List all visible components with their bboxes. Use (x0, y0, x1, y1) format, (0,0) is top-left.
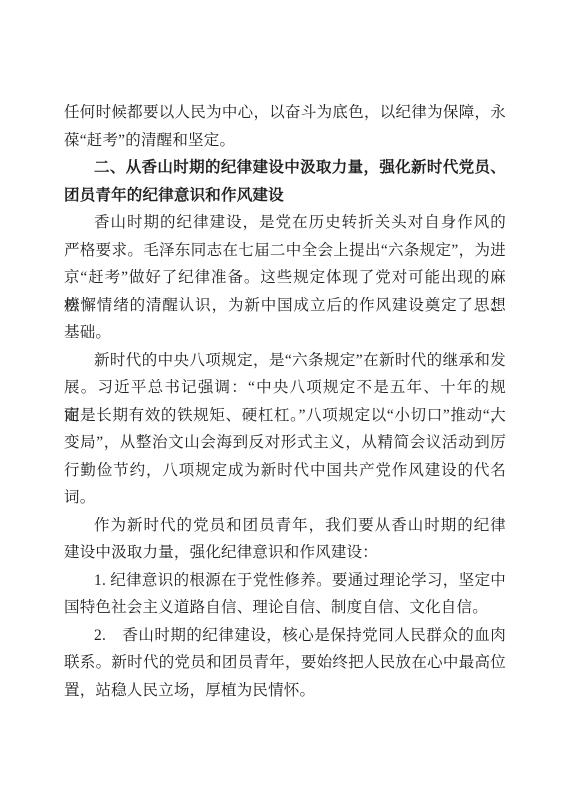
paragraph: 新时代的中央八项规定，是“六条规定”在新时代的继承和发 展。习近平总书记强调：“… (64, 347, 506, 512)
text-line: 词。 (64, 484, 506, 512)
text-line: 葆“赶考”的清醒和坚定。 (64, 127, 506, 155)
text-line: 国特色社会主义道路自信、理论自信、制度自信、文化自信。 (64, 594, 506, 622)
text-line: 置，站稳人民立场，厚植为民情怀。 (64, 677, 506, 705)
list-item-1: 1. 纪律意识的根源在于党性修养。要通过理论学习，坚定中 国特色社会主义道路自信… (64, 567, 506, 622)
text-line: 建设中汲取力量，强化纪律意识和作风建设： (64, 539, 506, 567)
list-item-2: 2. 香山时期的纪律建设，核心是保持党同人民群众的血肉 联系。新时代的党员和团员… (64, 622, 506, 705)
text-line: 新时代的中央八项规定，是“六条规定”在新时代的继承和发 (64, 347, 506, 375)
section-heading: 二、从香山时期的纪律建设中汲取力量，强化新时代党员、 团员青年的纪律意识和作风建… (64, 154, 506, 209)
text-line: 2. 香山时期的纪律建设，核心是保持党同人民群众的血肉 (64, 622, 506, 650)
text-line: 严格要求。毛泽东同志在七届二中全会上提出“六条规定”，为进 (64, 237, 506, 265)
document-text-block: 任何时候都要以人民为中心，以奋斗为底色，以纪律为保障，永 葆“赶考”的清醒和坚定… (64, 99, 506, 704)
text-line: 任何时候都要以人民为中心，以奋斗为底色，以纪律为保障，永 (64, 99, 506, 127)
paragraph: 香山时期的纪律建设，是党在历史转折关头对自身作风的 严格要求。毛泽东同志在七届二… (64, 209, 506, 347)
text-line: 联系。新时代的党员和团员青年，要始终把人民放在心中最高位 (64, 649, 506, 677)
text-line: 变局”，从整治文山会海到反对形式主义，从精简会议活动到厉 (64, 429, 506, 457)
text-line: 作为新时代的党员和团员青年，我们要从香山时期的纪律 (64, 512, 506, 540)
text-line: 1. 纪律意识的根源在于党性修养。要通过理论学习，坚定中 (64, 567, 506, 595)
text-line: 香山时期的纪律建设，是党在历史转折关头对自身作风的 (64, 209, 506, 237)
text-line: 京“赶考”做好了纪律准备。这些规定体现了党对可能出现的麻痹、 (64, 264, 506, 292)
text-line: 松懈情绪的清醒认识，为新中国成立后的作风建设奠定了思想 (64, 292, 506, 320)
paragraph: 作为新时代的党员和团员青年，我们要从香山时期的纪律 建设中汲取力量，强化纪律意识… (64, 512, 506, 567)
document-page: 任何时候都要以人民为中心，以奋斗为底色，以纪律为保障，永 葆“赶考”的清醒和坚定… (0, 0, 570, 807)
text-line: 基础。 (64, 319, 506, 347)
heading-line: 团员青年的纪律意识和作风建设 (64, 182, 506, 210)
paragraph: 任何时候都要以人民为中心，以奋斗为底色，以纪律为保障，永 葆“赶考”的清醒和坚定… (64, 99, 506, 154)
text-line: 行勤俭节约，八项规定成为新时代中国共产党作风建设的代名 (64, 457, 506, 485)
text-line: 而是长期有效的铁规矩、硬杠杠。”八项规定以“小切口”推动“大 (64, 402, 506, 430)
heading-line: 二、从香山时期的纪律建设中汲取力量，强化新时代党员、 (64, 154, 506, 182)
text-line: 展。习近平总书记强调：“中央八项规定不是五年、十年的规定， (64, 374, 506, 402)
